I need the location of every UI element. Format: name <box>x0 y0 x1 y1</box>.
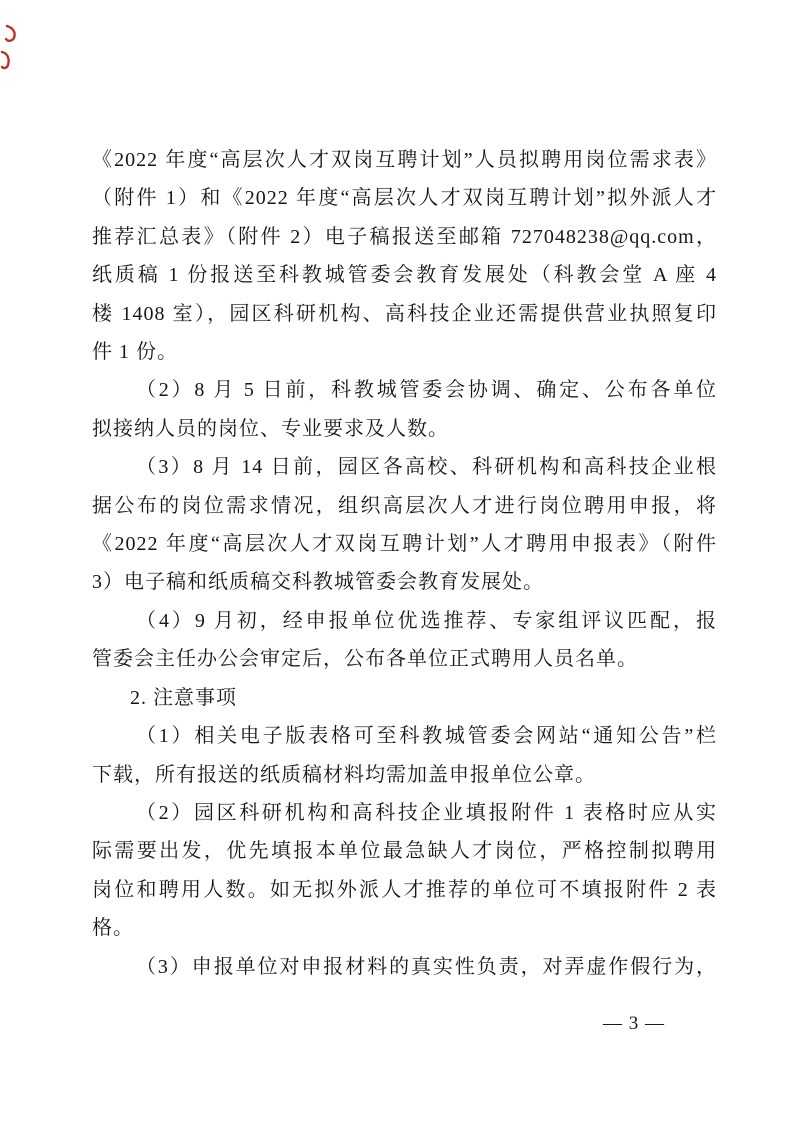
doc-line: 纸质稿 1 份报送至科教城管委会教育发展处（科教会堂 A 座 4 <box>92 256 717 294</box>
document-body: 《2022 年度“高层次人才双岗互聘计划”人员拟聘用岗位需求表》 （附件 1）和… <box>92 141 717 986</box>
doc-line: 推荐汇总表》（附件 2）电子稿报送至邮箱 727048238@qq.com， <box>92 218 717 256</box>
doc-line: （1）相关电子版表格可至科教城管委会网站“通知公告”栏 <box>92 717 717 755</box>
red-pen-mark-icon <box>0 22 26 74</box>
doc-line: 《2022 年度“高层次人才双岗互聘计划”人员拟聘用岗位需求表》 <box>92 141 717 179</box>
doc-line: 据公布的岗位需求情况，组织高层次人才进行岗位聘用申报，将 <box>92 487 717 525</box>
page-number: — 3 — <box>603 1013 683 1035</box>
doc-line: 《2022 年度“高层次人才双岗互聘计划”人才聘用申报表》（附件 <box>92 525 717 563</box>
doc-line: 下载，所有报送的纸质稿材料均需加盖申报单位公章。 <box>92 756 717 794</box>
doc-line: （3）8 月 14 日前，园区各高校、科研机构和高科技企业根 <box>92 448 717 486</box>
doc-line: 3）电子稿和纸质稿交科教城管委会教育发展处。 <box>92 563 717 601</box>
doc-line: （3）申报单位对申报材料的真实性负责，对弄虚作假行为， <box>92 948 717 986</box>
document-page: 《2022 年度“高层次人才双岗互聘计划”人员拟聘用岗位需求表》 （附件 1）和… <box>0 0 793 1121</box>
doc-line: 管委会主任办公会审定后，公布各单位正式聘用人员名单。 <box>92 640 717 678</box>
doc-line: 拟接纳人员的岗位、专业要求及人数。 <box>92 410 717 448</box>
doc-line: （2）8 月 5 日前，科教城管委会协调、确定、公布各单位 <box>92 371 717 409</box>
doc-line: 楼 1408 室），园区科研机构、高科技企业还需提供营业执照复印 <box>92 295 717 333</box>
doc-section-heading: 2. 注意事项 <box>92 679 717 717</box>
doc-line: （附件 1）和《2022 年度“高层次人才双岗互聘计划”拟外派人才 <box>92 179 717 217</box>
doc-line: （4）9 月初，经申报单位优选推荐、专家组评议匹配，报 <box>92 602 717 640</box>
doc-line: 格。 <box>92 909 717 947</box>
doc-line: 岗位和聘用人数。如无拟外派人才推荐的单位可不填报附件 2 表 <box>92 871 717 909</box>
doc-line: 际需要出发，优先填报本单位最急缺人才岗位，严格控制拟聘用 <box>92 832 717 870</box>
doc-line: 件 1 份。 <box>92 333 717 371</box>
doc-line: （2）园区科研机构和高科技企业填报附件 1 表格时应从实 <box>92 794 717 832</box>
